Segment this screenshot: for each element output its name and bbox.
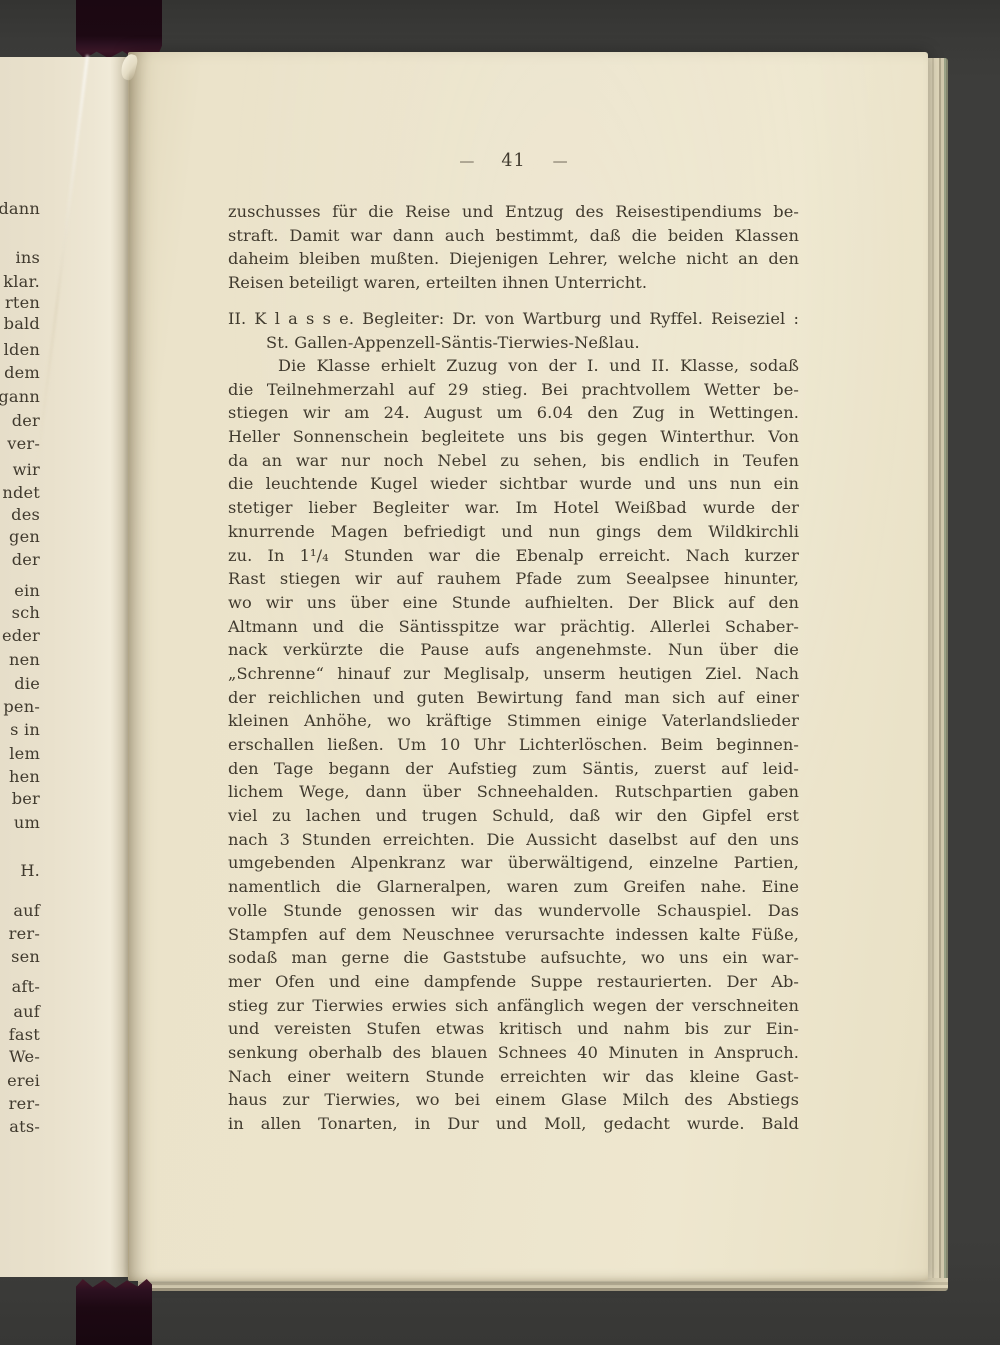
- text-line: Die Klasse erhielt Zuzug von der I. und …: [228, 354, 799, 378]
- left-edge-fragment: nen: [0, 650, 40, 670]
- left-edge-fragment: sen: [0, 947, 40, 967]
- text-line: sodaß man gerne die Gaststube aufsuchte,…: [228, 946, 799, 970]
- text-line: daheim bleiben mußten. Diejenigen Lehrer…: [228, 247, 799, 271]
- left-edge-fragment: rten: [0, 293, 40, 313]
- text-line: viel zu lachen und trugen Schuld, daß wi…: [228, 804, 799, 828]
- left-edge-fragment: die: [0, 674, 40, 694]
- left-edge-fragment: hen: [0, 767, 40, 787]
- text-line: und vereisten Stufen etwas kritisch und …: [228, 1017, 799, 1041]
- text-line: Stampfen auf dem Neuschnee verursachte i…: [228, 923, 799, 947]
- left-edge-fragment: sch: [0, 603, 40, 623]
- left-edge-fragment: ein: [0, 581, 40, 601]
- text-line: Rast stiegen wir auf rauhem Pfade zum Se…: [228, 567, 799, 591]
- text-line: da an war nur noch Nebel zu sehen, bis e…: [228, 449, 799, 473]
- left-edge-fragment: ver-: [0, 434, 40, 454]
- book-page: — 41 — zuschusses für die Reise und Entz…: [128, 52, 928, 1281]
- previous-page-text-fragments: danninsklar.rtenbaldldendemgannderver-wi…: [0, 57, 128, 1277]
- text-line: nack verkürzte die Pause aufs angenehmst…: [228, 638, 799, 662]
- left-edge-fragment: ins: [0, 248, 40, 268]
- left-edge-fragment: der: [0, 411, 40, 431]
- left-edge-fragment: s in: [0, 720, 40, 740]
- left-edge-fragment: des: [0, 505, 40, 525]
- left-edge-fragment: eder: [0, 626, 40, 646]
- text-line: die Teilnehmerzahl auf 29 stieg. Bei pra…: [228, 378, 799, 402]
- left-edge-fragment: klar.: [0, 272, 40, 292]
- text-line: zuschusses für die Reise und Entzug des …: [228, 200, 799, 224]
- binding-cloth-top: [76, 0, 162, 60]
- left-edge-fragment: ats-: [0, 1117, 40, 1137]
- left-edge-fragment: um: [0, 813, 40, 833]
- left-edge-fragment: rer-: [0, 924, 40, 944]
- left-edge-fragment: lem: [0, 744, 40, 764]
- text-line: senkung oberhalb des blauen Schnees 40 M…: [228, 1041, 799, 1065]
- paragraph: II. K l a s s e. Begleiter: Dr. von Wart…: [228, 307, 799, 354]
- text-line: den Tage begann der Aufstieg zum Säntis,…: [228, 757, 799, 781]
- paragraph: Die Klasse erhielt Zuzug von der I. und …: [228, 354, 799, 1136]
- text-line: Nach einer weitern Stunde erreichten wir…: [228, 1065, 799, 1089]
- text-line: II. K l a s s e. Begleiter: Dr. von Wart…: [228, 307, 799, 331]
- text-line: „Schrenne“ hinauf zur Meglisalp, unserm …: [228, 662, 799, 686]
- text-line: St. Gallen-Appenzell-Säntis-Tierwies-Neß…: [228, 331, 799, 355]
- left-edge-fragment: bald: [0, 314, 40, 334]
- text-line: straft. Damit war dann auch bestimmt, da…: [228, 224, 799, 248]
- text-line: wo wir uns über eine Stunde aufhielten. …: [228, 591, 799, 615]
- left-edge-fragment: gen: [0, 527, 40, 547]
- left-edge-fragment: aft-: [0, 977, 40, 997]
- text-line: namentlich die Glarneralpen, waren zum G…: [228, 875, 799, 899]
- text-line: stieg zur Tierwies erwies sich anfänglic…: [228, 994, 799, 1018]
- text-line: zu. In 1¹/₄ Stunden war die Ebenalp erre…: [228, 544, 799, 568]
- text-line: Altmann und die Säntisspitze war prächti…: [228, 615, 799, 639]
- left-edge-fragment: fast: [0, 1025, 40, 1045]
- text-line: stiegen wir am 24. August um 6.04 den Zu…: [228, 401, 799, 425]
- text-line: umgebenden Alpenkranz war überwältigend,…: [228, 851, 799, 875]
- left-edge-fragment: auf: [0, 1002, 40, 1022]
- left-edge-fragment: ndet: [0, 483, 40, 503]
- text-line: kleinen Anhöhe, wo kräftige Stimmen eini…: [228, 709, 799, 733]
- text-line: knurrende Magen befriedigt und nun gings…: [228, 520, 799, 544]
- text-line: volle Stunde genossen wir das wundervoll…: [228, 899, 799, 923]
- text-line: der reichlichen und guten Bewirtung fand…: [228, 686, 799, 710]
- page-stack-right-edge: [926, 58, 948, 1291]
- text-line: nach 3 Stunden erreichten. Die Aussicht …: [228, 828, 799, 852]
- left-edge-fragment: erei: [0, 1071, 40, 1091]
- scan-backdrop: danninsklar.rtenbaldldendemgannderver-wi…: [0, 0, 1000, 1345]
- text-line: in allen Tonarten, in Dur und Moll, geda…: [228, 1112, 799, 1136]
- paragraph: zuschusses für die Reise und Entzug des …: [228, 200, 799, 295]
- left-edge-fragment: dann: [0, 199, 40, 219]
- text-line: Reisen beteiligt waren, erteilten ihnen …: [228, 271, 799, 295]
- text-line: stetiger lieber Begleiter war. Im Hotel …: [228, 496, 799, 520]
- text-line: lichem Wege, dann über Schneehalden. Rut…: [228, 780, 799, 804]
- left-edge-fragment: H.: [0, 861, 40, 881]
- text-line: Heller Sonnenschein begleitete uns bis g…: [228, 425, 799, 449]
- left-edge-fragment: wir: [0, 460, 40, 480]
- left-edge-fragment: rer-: [0, 1094, 40, 1114]
- text-line: mer Ofen und eine dampfende Suppe restau…: [228, 970, 799, 994]
- binding-cloth-bottom: [76, 1277, 152, 1345]
- text-line: die leuchtende Kugel wieder sichtbar wur…: [228, 472, 799, 496]
- text-line: haus zur Tierwies, wo bei einem Glase Mi…: [228, 1088, 799, 1112]
- left-edge-fragment: ber: [0, 789, 40, 809]
- text-line: erschallen ließen. Um 10 Uhr Lichterlösc…: [228, 733, 799, 757]
- left-edge-fragment: pen-: [0, 697, 40, 717]
- left-edge-fragment: We-: [0, 1047, 40, 1067]
- left-edge-fragment: auf: [0, 901, 40, 921]
- left-edge-fragment: der: [0, 550, 40, 570]
- previous-page-edge: danninsklar.rtenbaldldendemgannderver-wi…: [0, 57, 128, 1277]
- left-edge-fragment: dem: [0, 363, 40, 383]
- left-edge-fragment: lden: [0, 340, 40, 360]
- left-edge-fragment: gann: [0, 387, 40, 407]
- page-text: zuschusses für die Reise und Entzug des …: [228, 52, 799, 1281]
